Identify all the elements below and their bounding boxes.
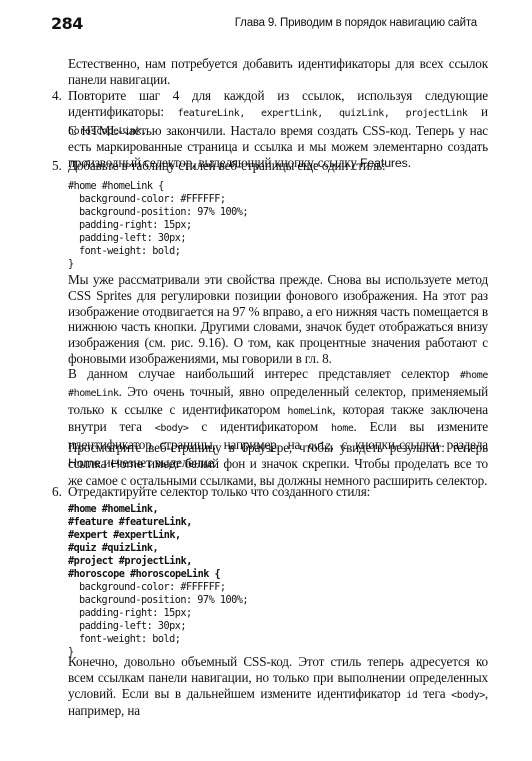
code-block-1: #home #homeLink {background-color: #FFFF… <box>68 180 248 271</box>
explanation-paragraph-3: Просмотрите веб-страницу в браузере, что… <box>68 440 488 488</box>
step-4-number: 4. <box>52 88 62 104</box>
closing-paragraph: Конечно, довольно объемный CSS-код. Этот… <box>68 654 488 719</box>
code-block-2: #home #homeLink,#feature #featureLink,#e… <box>68 503 248 659</box>
step-6-instruction: Отредактируйте селектор только что созда… <box>68 484 488 500</box>
page-number: 284 <box>51 14 83 33</box>
step-6-number: 6. <box>52 484 62 500</box>
step-5-instruction: Добавьте в таблицу стилей веб-страницы е… <box>68 158 488 174</box>
explanation-paragraph-1: Мы уже рассматривали эти свойства прежде… <box>68 272 488 367</box>
id-list: featureLink, expertLink, quizLink, proje… <box>177 108 467 119</box>
intro-paragraph: Естественно, нам потребуется добавить ид… <box>68 56 488 88</box>
step-5-number: 5. <box>52 158 62 174</box>
chapter-title: Глава 9. Приводим в порядок навигацию са… <box>235 17 477 29</box>
running-header: 284 Глава 9. Приводим в порядок навигаци… <box>51 14 477 34</box>
